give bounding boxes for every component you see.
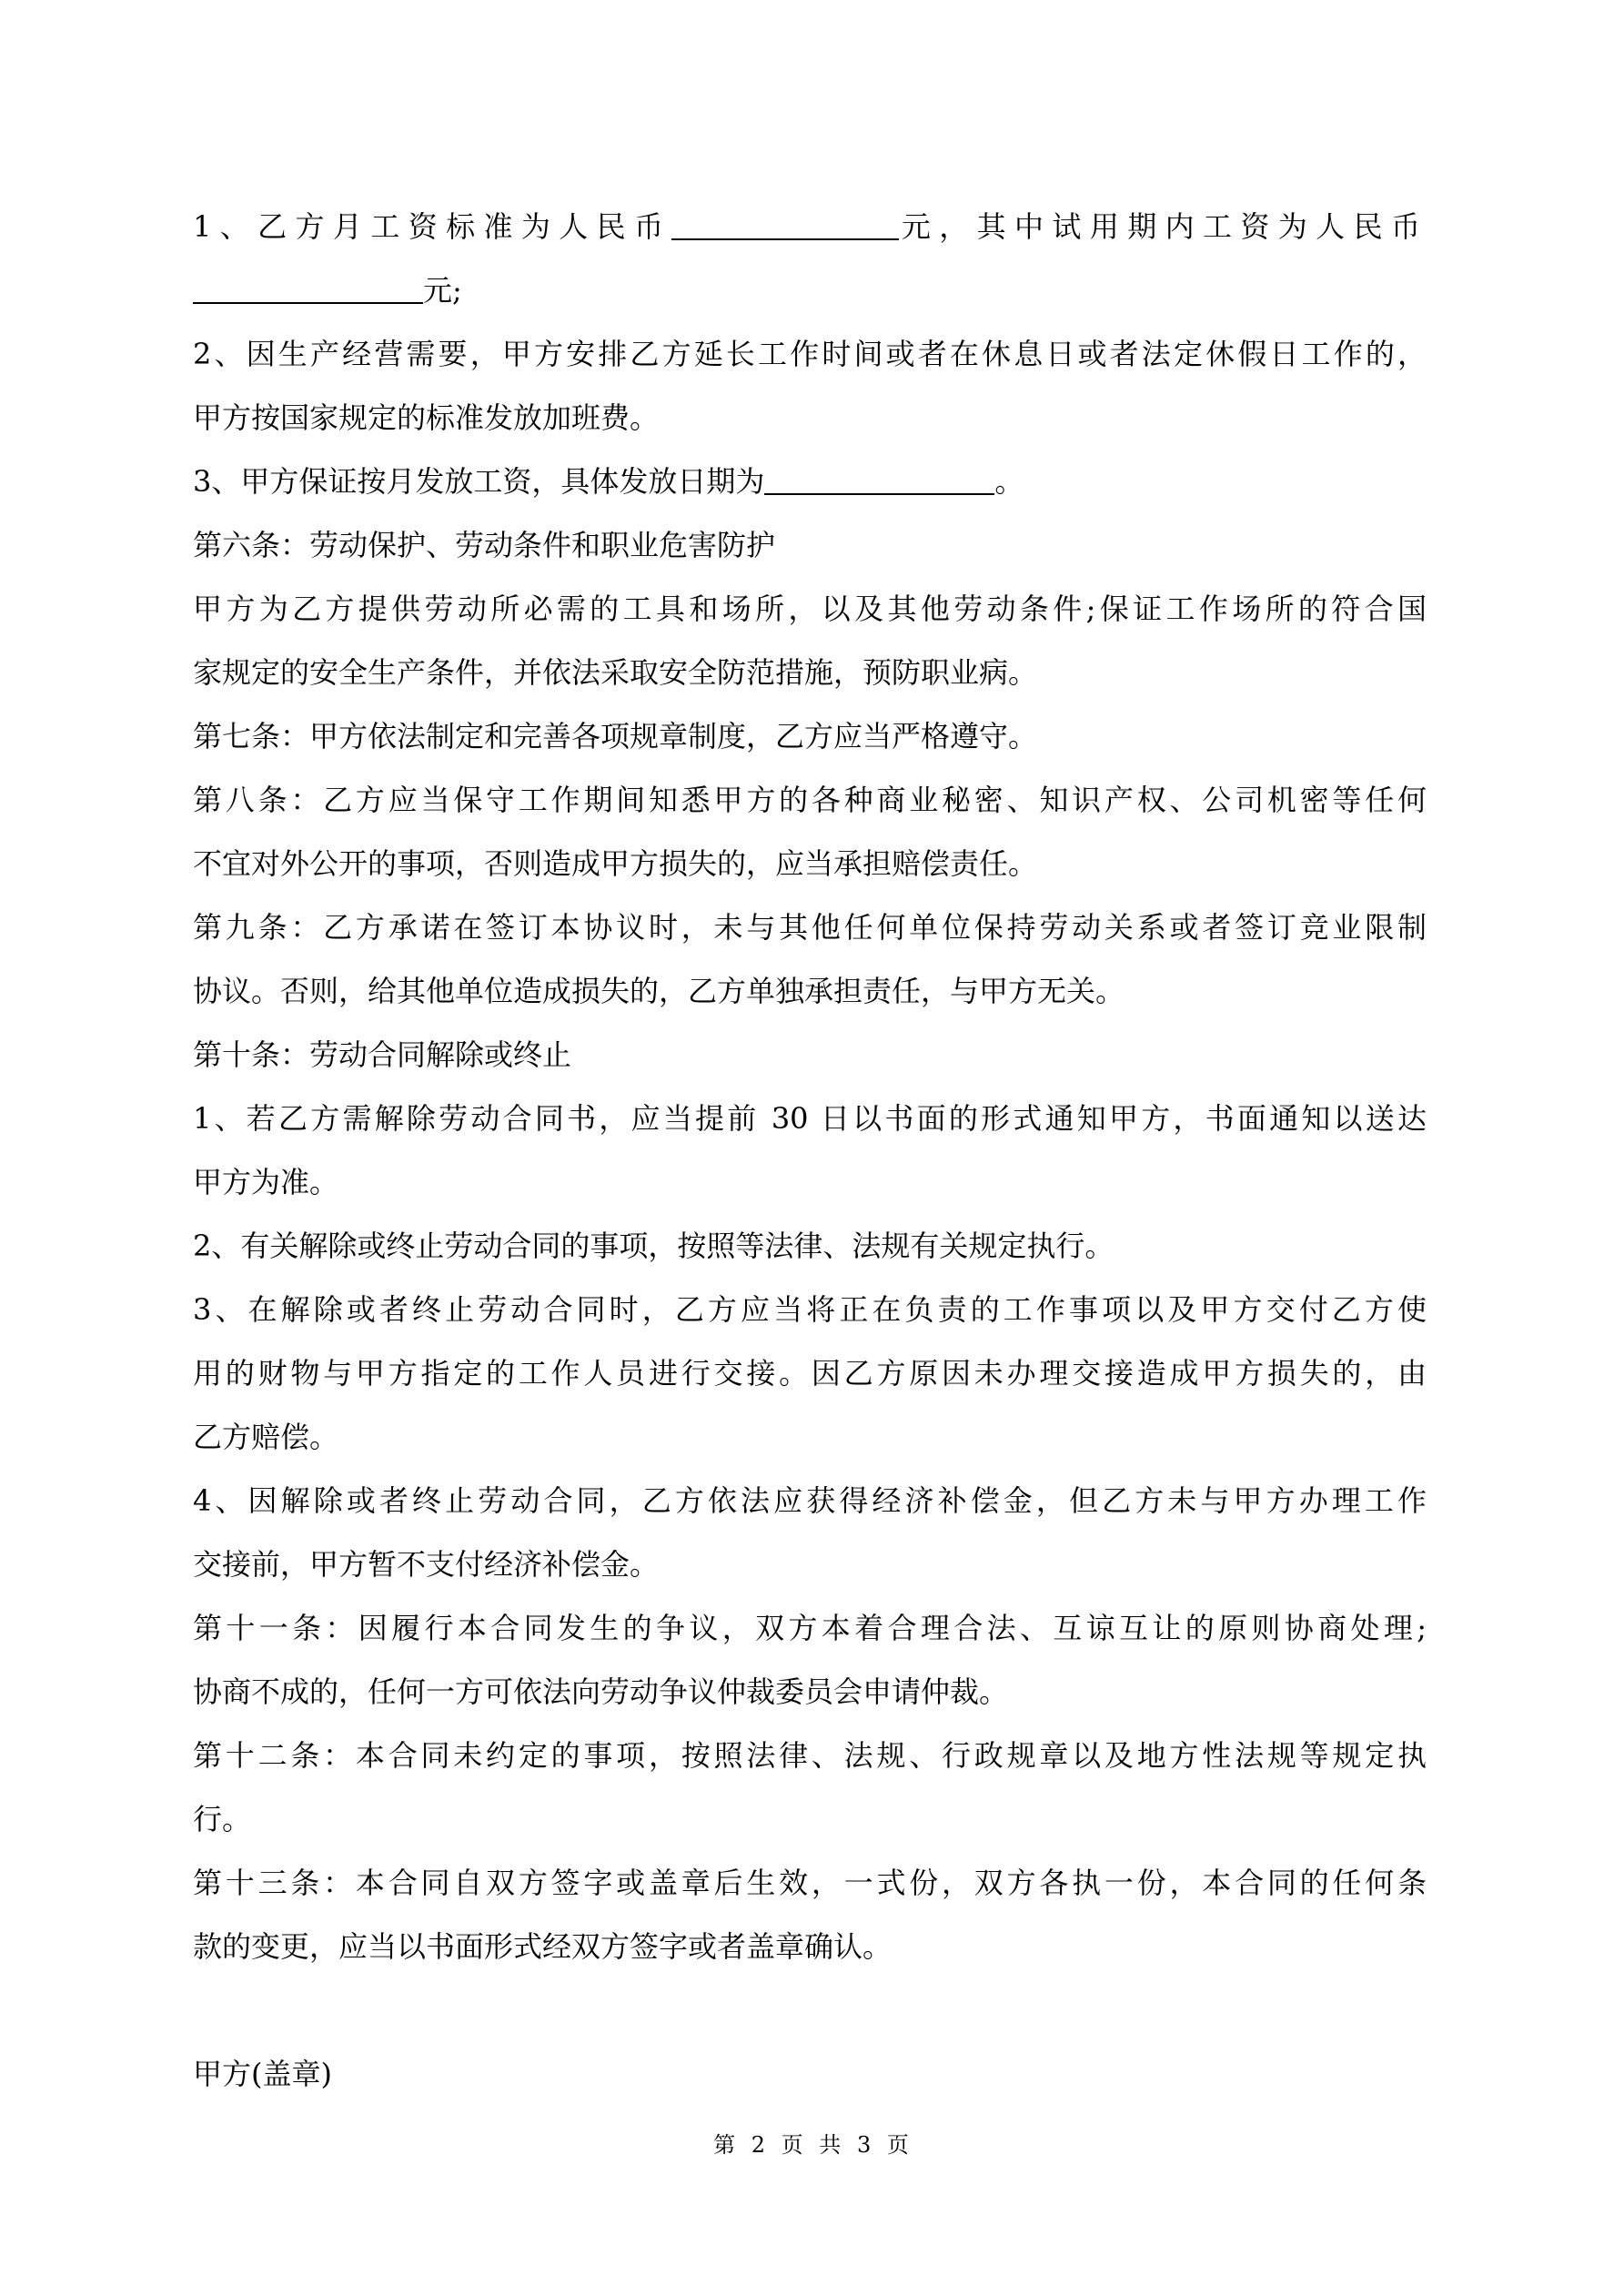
monthly-salary-blank[interactable] <box>671 207 899 240</box>
line-text: 1、乙方月工资标准为人民币 <box>193 209 671 244</box>
line-text: 元，其中试用期内工资为人民币 <box>899 209 1427 244</box>
paragraph-line: 协议。否则，给其他单位造成损失的，乙方单独承担责任，与甲方无关。 <box>193 970 1427 1034</box>
paragraph-line: 用的财物与甲方指定的工作人员进行交接。因乙方原因未办理交接造成甲方损失的，由 <box>193 1352 1427 1416</box>
line-text: 3、甲方保证按月发放工资，具体发放日期为 <box>193 464 764 499</box>
paragraph-line: 甲方为准。 <box>193 1161 1427 1225</box>
line-text: 。 <box>994 464 1024 499</box>
paragraph-line: 2、有关解除或终止劳动合同的事项，按照等法律、法规有关规定执行。 <box>193 1225 1427 1289</box>
paragraph-line: 协商不成的，任何一方可依法向劳动争议仲裁委员会申请仲裁。 <box>193 1671 1427 1735</box>
paragraph-line: 1、乙方月工资标准为人民币元，其中试用期内工资为人民币 <box>193 206 1427 269</box>
paragraph-line: 家规定的安全生产条件，并依法采取安全防范措施，预防职业病。 <box>193 652 1427 715</box>
page-indicator: 第 2 页 共 3 页 <box>713 2132 911 2158</box>
paragraph-line: 3、在解除或者终止劳动合同时，乙方应当将正在负责的工作事项以及甲方交付乙方使 <box>193 1289 1427 1352</box>
paragraph-line: 第九条：乙方承诺在签订本协议时，未与其他任何单位保持劳动关系或者签订竞业限制 <box>193 906 1427 970</box>
paragraph-line: 甲方为乙方提供劳动所必需的工具和场所，以及其他劳动条件;保证工作场所的符合国 <box>193 588 1427 652</box>
paragraph-line: 交接前，甲方暂不支付经济补偿金。 <box>193 1543 1427 1607</box>
paragraph-line: 4、因解除或者终止劳动合同，乙方依法应获得经济补偿金，但乙方未与甲方办理工作 <box>193 1480 1427 1543</box>
article-heading: 第十条：劳动合同解除或终止 <box>193 1034 1427 1097</box>
line-text: 元; <box>423 273 462 308</box>
article-7: 第七条：甲方依法制定和完善各项规章制度，乙方应当严格遵守。 <box>193 715 1427 779</box>
paragraph-line: 款的变更，应当以书面形式经双方签字或者盖章确认。 <box>193 1926 1427 1989</box>
paragraph-line: 第十一条：因履行本合同发生的争议，双方本着合理合法、互谅互让的原则协商处理; <box>193 1607 1427 1671</box>
paragraph-line: 3、甲方保证按月发放工资，具体发放日期为。 <box>193 460 1427 524</box>
document-body: 1、乙方月工资标准为人民币元，其中试用期内工资为人民币 元; 2、因生产经营需要… <box>193 206 1427 2117</box>
paragraph-line: 第十三条：本合同自双方签字或盖章后生效，一式份，双方各执一份，本合同的任何条 <box>193 1862 1427 1926</box>
paragraph-line: 元; <box>193 269 1427 333</box>
paragraph-line: 乙方赔偿。 <box>193 1416 1427 1480</box>
page-footer: 第 2 页 共 3 页 <box>0 2129 1624 2160</box>
article-heading: 第六条：劳动保护、劳动条件和职业危害防护 <box>193 524 1427 588</box>
paragraph-line: 甲方按国家规定的标准发放加班费。 <box>193 397 1427 460</box>
paragraph-line: 不宜对外公开的事项，否则造成甲方损失的，应当承担赔偿责任。 <box>193 843 1427 906</box>
paragraph-line: 2、因生产经营需要，甲方安排乙方延长工作时间或者在休息日或者法定休假日工作的， <box>193 333 1427 397</box>
party-a-signature-label: 甲方(盖章) <box>193 2053 1427 2117</box>
pay-date-blank[interactable] <box>764 462 994 495</box>
document-page: 1、乙方月工资标准为人民币元，其中试用期内工资为人民币 元; 2、因生产经营需要… <box>0 0 1624 2296</box>
probation-salary-blank[interactable] <box>193 271 423 304</box>
paragraph-line: 行。 <box>193 1798 1427 1862</box>
paragraph-line: 第八条：乙方应当保守工作期间知悉甲方的各种商业秘密、知识产权、公司机密等任何 <box>193 779 1427 843</box>
paragraph-line: 1、若乙方需解除劳动合同书，应当提前 30 日以书面的形式通知甲方，书面通知以送… <box>193 1097 1427 1161</box>
paragraph-line: 第十二条：本合同未约定的事项，按照法律、法规、行政规章以及地方性法规等规定执 <box>193 1735 1427 1798</box>
spacer <box>193 1989 1427 2053</box>
